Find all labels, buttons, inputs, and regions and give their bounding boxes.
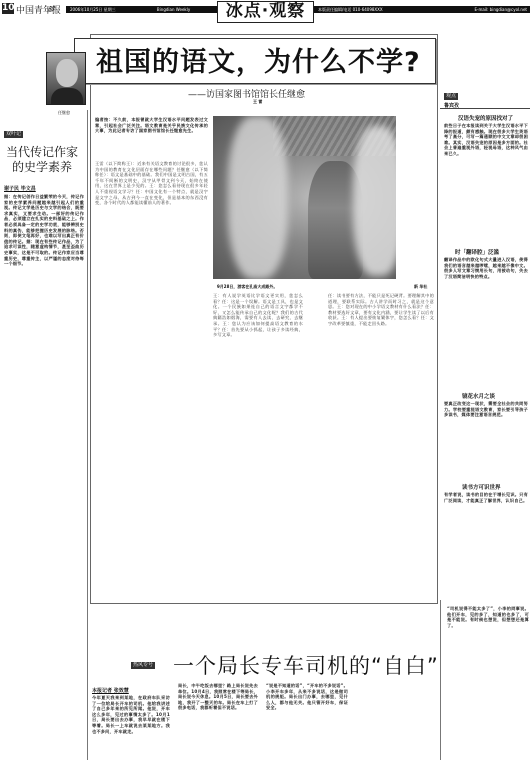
blurred-person-right bbox=[353, 126, 396, 276]
bottom-article-body4: “司机说得不能太多了”，小李的同事说。他们开车，见的多了，知道的也多了，可是不能… bbox=[447, 606, 529, 761]
right-column-rule bbox=[440, 108, 530, 109]
right-column-subhead3: 读书方可识世界 bbox=[462, 483, 501, 491]
main-body-col2: 王：有人说学英语比学语文更实用，您怎么看？任：这是一个误解。语文是工具，也是文化… bbox=[213, 293, 303, 598]
bottom-article-byline: 本报记者 张效慧 bbox=[92, 687, 129, 694]
editor-info: 本版责任编辑/电话 010-64098XXX bbox=[318, 7, 383, 12]
bottom-article-label: 热风专号 bbox=[131, 662, 155, 669]
right-column-subhead1: 时「翻译腔」泛滥 bbox=[455, 248, 499, 256]
left-article-title[interactable]: 当代传记作家的史学素养 bbox=[4, 145, 80, 175]
left-article-label: 双叶记 bbox=[4, 131, 23, 138]
masthead-slashes: //// bbox=[48, 5, 53, 13]
main-article-author: 王 雷 bbox=[253, 99, 262, 105]
right-column-body1: 前些日子在本报读到关于大学生汉语水平下降的报道，颇有感触。现在很多大学生英语考了… bbox=[444, 123, 528, 243]
right-column-label: 观点 bbox=[444, 93, 458, 100]
english-name: Bingdian Weekly bbox=[157, 7, 190, 12]
right-column-body4: 有学者说，读书的目的在于增长见识。只有广泛阅读，才能真正了解世界，认识自己。 bbox=[444, 492, 528, 592]
section-title: 冰点·观察 bbox=[217, 1, 314, 23]
portrait-photo bbox=[46, 52, 86, 105]
issue-date: 2006年10月25日 星期三 bbox=[70, 7, 116, 12]
main-body-col3: 任：读书要有方法，不能只是死记硬背。要理解其中的道理，要联系实际。古人讲学而时习… bbox=[328, 293, 434, 598]
blurred-person-left bbox=[228, 116, 288, 279]
bottom-article-body1: 今年夏天我来到某地，在政府车队采访了一位给局长开车的司机。他给我讲述了自己多年来… bbox=[92, 695, 170, 761]
bottom-article-title[interactable]: 一个局长专车司机的“自白” bbox=[173, 650, 439, 680]
masthead: 10 中国青年报 //// 2006年10月25日 星期三 Bingdian W… bbox=[0, 0, 530, 24]
paper-logo: 中国青年报 bbox=[16, 3, 61, 16]
photo-credit: 新 华社 bbox=[414, 284, 427, 290]
masthead-bar-right: 本版责任编辑/电话 010-64098XXX E-mail: bingdian@… bbox=[314, 6, 530, 13]
portrait-caption: 任继愈 bbox=[58, 110, 70, 116]
photo-caption: 9月28日，游客在孔庙大成殿外。 bbox=[217, 284, 277, 290]
left-article-authors: 谢子民 毕文昌 bbox=[4, 185, 36, 192]
right-column-subhead2: 镜花水月之谈 bbox=[462, 392, 495, 400]
portrait-face bbox=[56, 59, 78, 87]
main-article-subtitle: ——访国家图书馆馆长任继愈 bbox=[188, 87, 305, 100]
main-article-title[interactable]: 祖国的语文，为什么不学? bbox=[96, 40, 421, 79]
left-column-rule bbox=[87, 110, 88, 760]
confucius-statue-photo[interactable] bbox=[213, 116, 396, 279]
right-column-body2: 翻译作品中的欧化句式大量进入汉语，使得我们的语言越来越啰嗦，越来越不像中文。很多… bbox=[444, 257, 528, 397]
left-article-body: 据：在传记创作日益繁荣的今天，传记作家的史学素养问题越来越引起人们的重视。传记文… bbox=[4, 194, 84, 759]
bottom-right-rule bbox=[440, 600, 441, 760]
portrait-shirt bbox=[51, 88, 83, 104]
right-column-body3: 要真正改变这一现状，需要全社会的共同努力。学校要重视语文教育，家长要引导孩子多读… bbox=[444, 401, 528, 486]
main-intro: 编者按：不久前，本报曾就大学生汉语水平问题发表过文章，引起社会广泛关注。语文教育… bbox=[95, 117, 208, 157]
right-column-headline[interactable]: 汉语失宠的原因找对了 bbox=[458, 114, 513, 122]
masthead-bar-left: 2006年10月25日 星期三 Bingdian Weekly bbox=[66, 6, 218, 13]
bottom-article-body3: “说是不知道的话”，“开车的不多说话”。小李开车多年，从来不多说话，这是做司机的… bbox=[266, 683, 348, 761]
email: E-mail: bingdian@cyol.net bbox=[475, 6, 527, 13]
bottom-article-body2: 局长，中午吃饭去哪里？路上局长说先去单位。10月4日，我照常在楼下等局长，局长说… bbox=[178, 683, 258, 761]
page-number: 10 bbox=[2, 3, 14, 14]
main-body-col1: 王雷（以下简称王）：近来有关语文教育的讨论很多，您认为中国的教育在文化层面存在哪… bbox=[95, 161, 208, 581]
